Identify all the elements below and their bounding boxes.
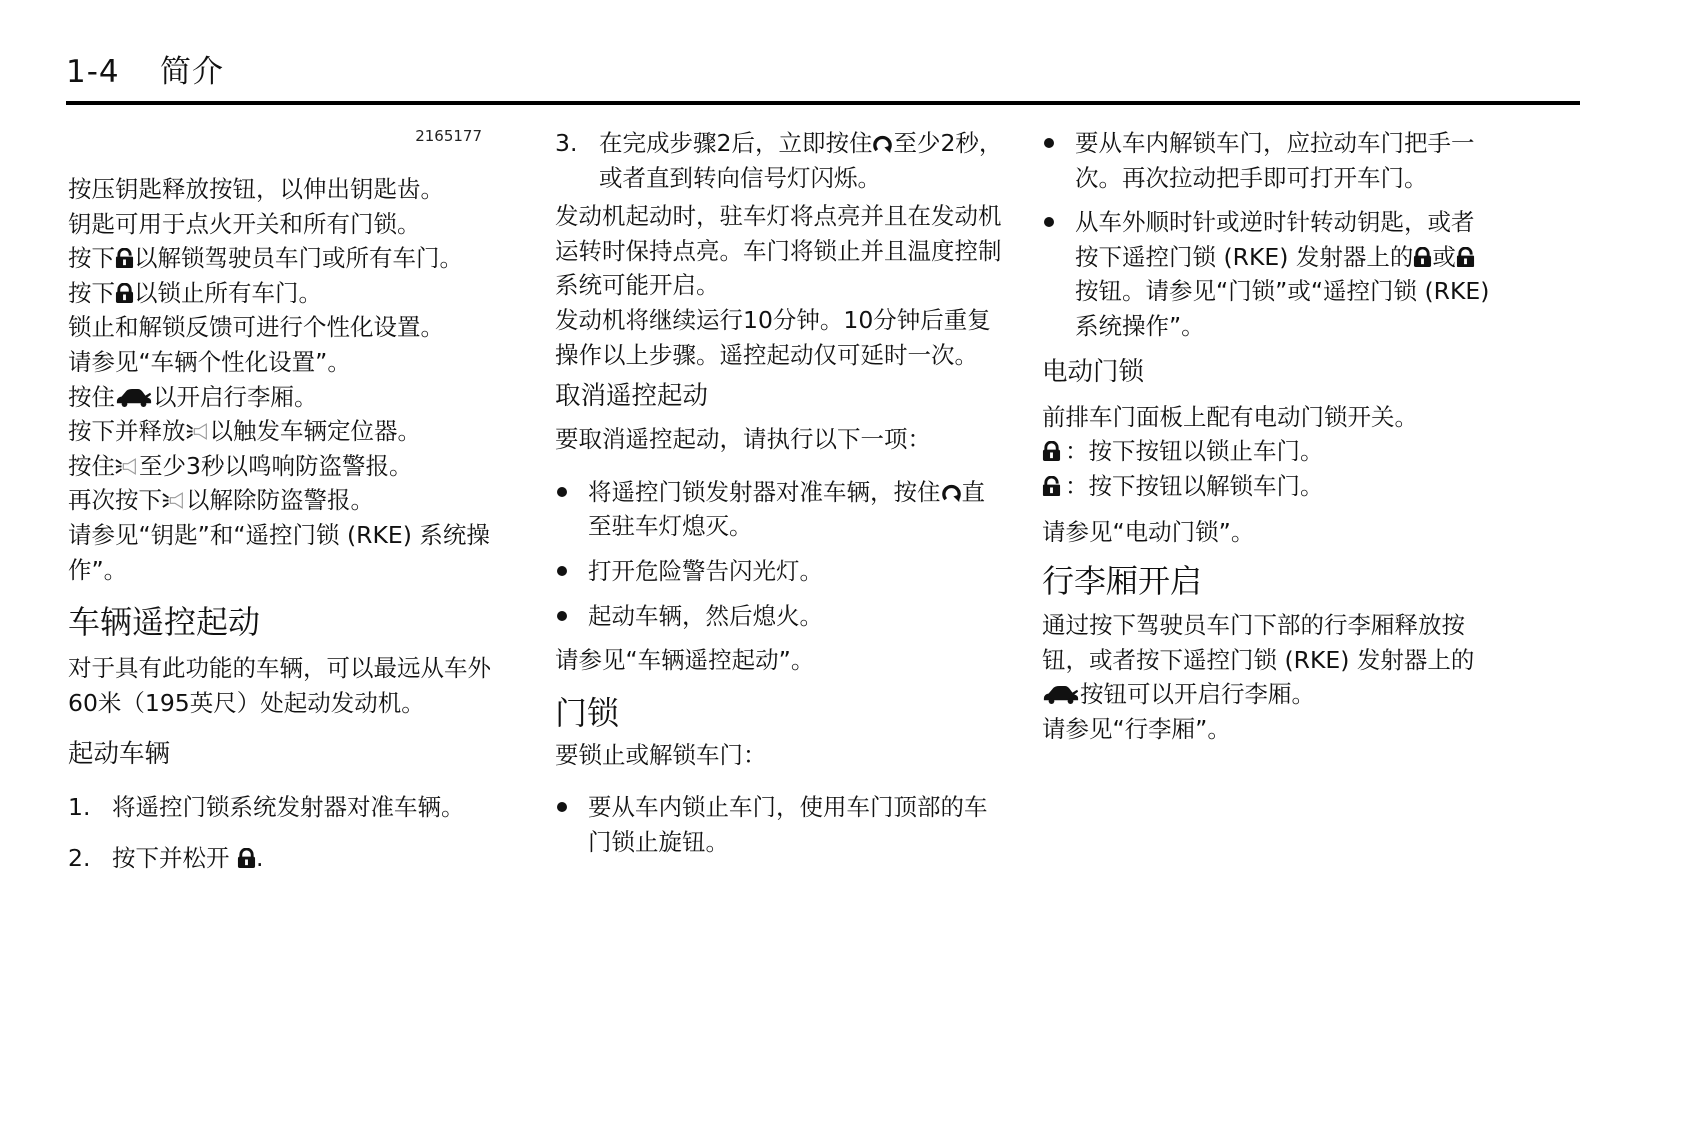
trunk-icon (1042, 684, 1080, 705)
paragraph-lock: 按下以锁止所有车门。 (68, 276, 508, 311)
panic-horn-icon (115, 456, 139, 477)
column-2: 3. 在完成步骤2后，立即按住至少2秒，或者直到转向信号灯闪烁。 发动机起动时，… (555, 126, 1005, 870)
unlock-icon (115, 248, 134, 269)
column-1: 2165177 按压钥匙释放按钮，以伸出钥匙齿。 钥匙可用于点火开关和所有门锁。… (68, 118, 508, 886)
bullet-item: 从车外顺时针或逆时针转动钥匙，或者按下遥控门锁 (RKE) 发射器上的或按钮。请… (1042, 205, 1492, 343)
text: 按住 (68, 452, 115, 480)
remote-start-icon (941, 482, 962, 503)
remote-start-icon (872, 133, 893, 154)
paragraph-power-locks-intro: 前排车门面板上配有电动门锁开关。 (1042, 400, 1492, 435)
lock-icon (237, 848, 256, 869)
paragraph-see-power-locks: 请参见“电动门锁”。 (1042, 515, 1492, 550)
step-number: 2. (68, 841, 90, 876)
heading-cancel-remote-start: 取消遥控起动 (555, 378, 1005, 414)
column-3: 要从车内解锁车门，应拉动车门把手一次。再次拉动把手即可打开车门。 从车外顺时针或… (1042, 126, 1492, 746)
step-text: 在完成步骤2后，立即按住 (599, 129, 872, 157)
paragraph-trunk: 按住以开启行李厢。 (68, 380, 508, 415)
step-item: 3. 在完成步骤2后，立即按住至少2秒，或者直到转向信号灯闪烁。 (555, 126, 1005, 195)
bullet-text: 按钮。请参见“门锁”或“遥控门锁 (RKE) 系统操作”。 (1075, 277, 1489, 340)
bullet-item: 打开危险警告闪光灯。 (555, 554, 1005, 589)
paragraph-remote-start-intro: 对于具有此功能的车辆，可以最远从车外60米（195英尺）处起动发动机。 (68, 651, 508, 720)
paragraph-panic-alarm: 按住至少3秒以鸣响防盗警报。 (68, 449, 508, 484)
paragraph-feedback: 锁止和解锁反馈可进行个性化设置。 (68, 310, 508, 345)
step-text: . (256, 844, 263, 872)
bullet-dot (1044, 217, 1054, 227)
step-text: 按下并松开 (112, 844, 237, 872)
section-title: 简介 (160, 54, 224, 90)
text: 按住 (68, 383, 115, 411)
cancel-options-list: 将遥控门锁发射器对准车辆，按住直至驻车灯熄灭。 打开危险警告闪光灯。 起动车辆，… (555, 475, 1005, 633)
paragraph-cancel-intro: 要取消遥控起动，请执行以下一项： (555, 422, 1005, 457)
door-unlock-list: 要从车内解锁车门，应拉动车门把手一次。再次拉动把手即可打开车门。 从车外顺时针或… (1042, 126, 1492, 344)
trunk-icon (115, 387, 153, 408)
start-steps-list: 1. 将遥控门锁系统发射器对准车辆。 2. 按下并松开 . (68, 790, 508, 875)
power-lock-line: ：按下按钮以锁止车门。 (1042, 434, 1492, 469)
heading-door-locks: 门锁 (555, 692, 1005, 734)
lock-icon (1413, 247, 1432, 268)
text: 按下 (68, 279, 115, 307)
bullet-text: 起动车辆，然后熄火。 (588, 602, 823, 630)
step-item: 1. 将遥控门锁系统发射器对准车辆。 (68, 790, 508, 825)
bullet-text: 将遥控门锁发射器对准车辆，按住 (588, 478, 941, 506)
paragraph-see-trunk: 请参见“行李厢”。 (1042, 712, 1492, 747)
door-locks-list: 要从车内锁止车门，使用车门顶部的车门锁止旋钮。 (555, 790, 1005, 859)
bullet-dot (557, 487, 567, 497)
text: ：按下按钮以解锁车门。 (1065, 469, 1324, 504)
paragraph-see-personalization: 请参见“车辆个性化设置”。 (68, 345, 508, 380)
paragraph-trunk-release: 通过按下驾驶员车门下部的行李厢释放按钮，或者按下遥控门锁 (RKE) 发射器上的… (1042, 608, 1492, 712)
bullet-text: 要从车内锁止车门，使用车门顶部的车门锁止旋钮。 (588, 793, 988, 856)
figure-reference: 2165177 (68, 126, 508, 146)
paragraph-key-usage: 钥匙可用于点火开关和所有门锁。 (68, 207, 508, 242)
step-number: 1. (68, 790, 90, 825)
paragraph-see-remote-start: 请参见“车辆遥控起动”。 (555, 643, 1005, 678)
unlock-icon (1456, 247, 1475, 268)
bullet-item: 将遥控门锁发射器对准车辆，按住直至驻车灯熄灭。 (555, 475, 1005, 544)
header-rule (66, 101, 1580, 105)
paragraph-see-key-rke: 请参见“钥匙”和“遥控门锁 (RKE) 系统操作”。 (68, 518, 508, 587)
paragraph-cancel-alarm: 再次按下以解除防盗警报。 (68, 483, 508, 518)
text: 以解除防盗警报。 (186, 486, 374, 514)
paragraph-locator: 按下并释放以触发车辆定位器。 (68, 414, 508, 449)
paragraph-engine-runtime: 发动机将继续运行10分钟。10分钟后重复操作以上步骤。遥控起动仅可延时一次。 (555, 303, 1005, 372)
bullet-text: 打开危险警告闪光灯。 (588, 557, 823, 585)
text: 以锁止所有车门。 (134, 279, 322, 307)
paragraph-engine-start-behavior: 发动机起动时，驻车灯将点亮并且在发动机运转时保持点亮。车门将锁止并且温度控制系统… (555, 199, 1005, 303)
heading-remote-start: 车辆遥控起动 (68, 601, 508, 643)
step-text: 将遥控门锁系统发射器对准车辆。 (112, 793, 465, 821)
bullet-dot (557, 566, 567, 576)
text: 通过按下驾驶员车门下部的行李厢释放按钮，或者按下遥控门锁 (RKE) 发射器上的 (1042, 611, 1474, 674)
text: 至少3秒以鸣响防盗警报。 (139, 452, 412, 480)
bullet-text: 要从车内解锁车门，应拉动车门把手一次。再次拉动把手即可打开车门。 (1075, 129, 1475, 192)
lock-icon (115, 283, 134, 304)
text: 再次按下 (68, 486, 162, 514)
text: 按下并释放 (68, 417, 186, 445)
text: 按下 (68, 244, 115, 272)
heading-trunk-release: 行李厢开启 (1042, 560, 1492, 602)
bullet-item: 要从车内解锁车门，应拉动车门把手一次。再次拉动把手即可打开车门。 (1042, 126, 1492, 195)
page-header: 1-4简介 (66, 52, 224, 92)
unlock-icon (1042, 476, 1061, 497)
bullet-dot (557, 802, 567, 812)
paragraph-key-release: 按压钥匙释放按钮，以伸出钥匙齿。 (68, 172, 508, 207)
bullet-text: 或 (1432, 243, 1456, 271)
step-item: 2. 按下并松开 . (68, 841, 508, 876)
bullet-item: 起动车辆，然后熄火。 (555, 599, 1005, 634)
text: 以解锁驾驶员车门或所有车门。 (134, 244, 463, 272)
paragraph-unlock: 按下以解锁驾驶员车门或所有车门。 (68, 241, 508, 276)
heading-power-door-locks: 电动门锁 (1042, 354, 1492, 390)
subheading-start-vehicle: 起动车辆 (68, 736, 508, 772)
bullet-dot (557, 611, 567, 621)
paragraph-door-locks-intro: 要锁止或解锁车门： (555, 738, 1005, 773)
page-number: 1-4 (66, 52, 160, 92)
bullet-dot (1044, 138, 1054, 148)
panic-horn-icon (162, 490, 186, 511)
bullet-item: 要从车内锁止车门，使用车门顶部的车门锁止旋钮。 (555, 790, 1005, 859)
power-unlock-line: ：按下按钮以解锁车门。 (1042, 469, 1492, 504)
text: 以开启行李厢。 (153, 383, 318, 411)
panic-horn-icon (186, 421, 210, 442)
step-number: 3. (555, 126, 577, 161)
start-steps-continued: 3. 在完成步骤2后，立即按住至少2秒，或者直到转向信号灯闪烁。 (555, 126, 1005, 195)
text: 以触发车辆定位器。 (210, 417, 422, 445)
lock-icon (1042, 441, 1061, 462)
text: 按钮可以开启行李厢。 (1080, 680, 1315, 708)
text: ：按下按钮以锁止车门。 (1065, 434, 1324, 469)
